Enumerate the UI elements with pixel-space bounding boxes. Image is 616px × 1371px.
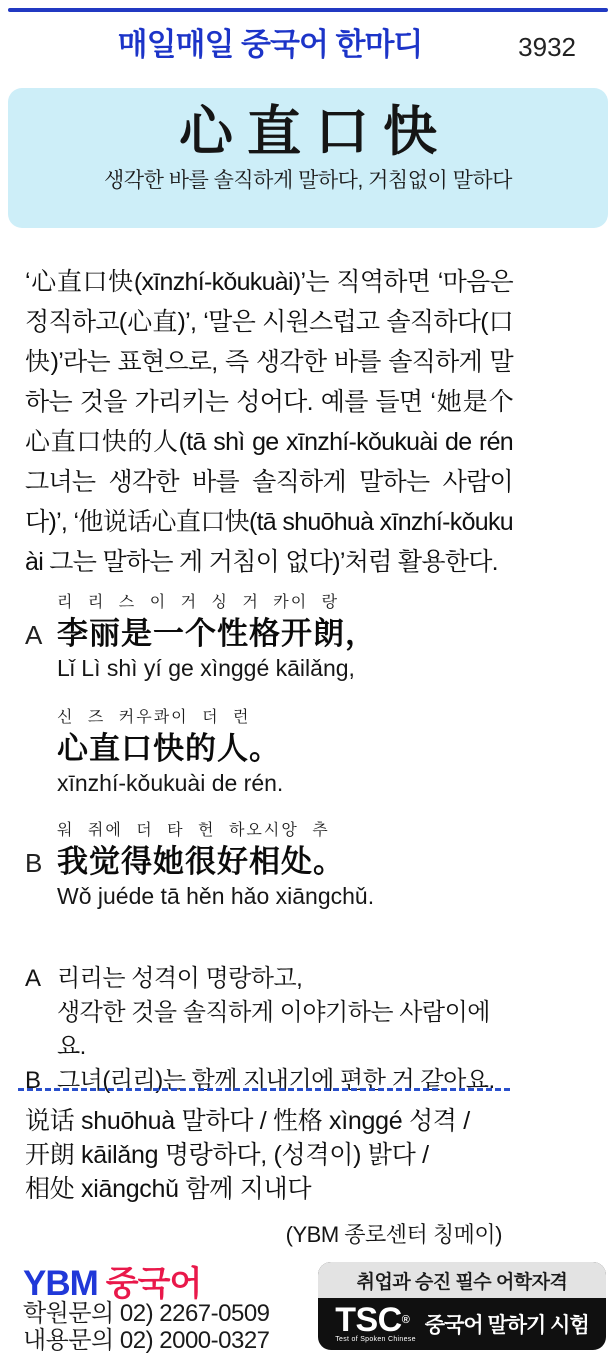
tsc-badge-slogan: 취업과 승진 필수 어학자격 [318,1262,606,1298]
ybm-logo: YBM중국어 [23,1256,201,1305]
chinese-idiom-bold: 心直口快 [57,731,185,766]
chinese-sentence: 心直口快的人。 [57,730,281,768]
vocabulary-list: 说话 shuōhuà 말하다 / 性格 xìnggé 성격 / 开朗 kāilǎ… [25,1104,515,1206]
phone-academy: 학원문의 02) 2267-0509 [23,1300,270,1327]
issue-number: 3932 [518,32,576,63]
explanation-paragraph: ‘心直口快(xīnzhí-kǒukuài)’는 직역하면 ‘마음은 정직하고(心… [25,262,513,582]
speaker-label-b: B [25,843,57,879]
chinese-sentence: 我觉得她很好相处。 [57,843,345,881]
pinyin-line: xīnzhí-kǒukuài de rén. [57,769,515,797]
dashed-divider-line [18,1088,510,1091]
author-credit: (YBM 종로센터 칭메이) [25,1218,502,1249]
pronunciation-guide: 신 즈 커우콰이 더 런 [57,708,515,728]
pronunciation-guide: 리 리 스 이 거 싱 거 카이 랑 [57,593,515,613]
tsc-logo-text: TSC® [335,1304,416,1336]
chinese-rest: 的人。 [185,731,281,766]
vocabulary-line: 开朗 kāilǎng 명랑하다, (성격이) 밝다 / [25,1138,515,1172]
translation-label-a: A [25,962,57,996]
contact-info: 학원문의 02) 2267-0509 내용문의 02) 2000-0327 [23,1300,270,1354]
pronunciation-guide: 워 쥐에 더 타 헌 하오시앙 추 [57,821,515,841]
tsc-badge-caption: 중국어 말하기 시험 [425,1309,589,1339]
translation-label-b: B [25,1064,57,1098]
registered-mark-icon: ® [402,1314,410,1326]
idiom-box: 心直口快 생각한 바를 솔직하게 말하다, 거침없이 말하다 [8,88,608,228]
ybm-logo-chinese: 중국어 [106,1265,202,1303]
pinyin-line: Wǒ juéde tā hěn hǎo xiāngchǔ. [57,882,515,910]
dialogue-line-a1: 리 리 스 이 거 싱 거 카이 랑 A 李丽是一个性格开朗， Lǐ Lì sh… [25,593,515,682]
tsc-logo-subtitle: Test of Spoken Chinese [335,1336,416,1344]
lesson-card: 매일매일 중국어 한마디 3932 心直口快 생각한 바를 솔직하게 말하다, … [0,0,616,1371]
vocabulary-line: 相处 xiāngchǔ 함께 지내다 [25,1172,515,1206]
dialogue-line-b: 워 쥐에 더 타 헌 하오시앙 추 B 我觉得她很好相处。 Wǒ juéde t… [25,821,515,910]
pinyin-line: Lǐ Lì shì yí ge xìnggé kāilǎng, [57,654,515,682]
korean-translation: A 리리는 성격이 명랑하고, 생각한 것을 솔직하게 이야기하는 사람이에요.… [25,962,515,1098]
translation-a-line1: 리리는 성격이 명랑하고, [57,962,302,996]
speaker-label-empty [25,730,57,735]
header: 매일매일 중국어 한마디 3932 [0,26,616,66]
ybm-logo-text: YBM [23,1264,98,1303]
tsc-badge-body: TSC® Test of Spoken Chinese 중국어 말하기 시험 [318,1298,606,1350]
vocabulary-line: 说话 shuōhuà 말하다 / 性格 xìnggé 성격 / [25,1104,515,1138]
tsc-logo: TSC® Test of Spoken Chinese [335,1304,416,1344]
translation-a-line2: 생각한 것을 솔직하게 이야기하는 사람이에요. [57,996,515,1064]
phone-content: 내용문의 02) 2000-0327 [23,1327,270,1354]
idiom-chinese: 心直口快 [8,100,608,162]
translation-b-line: 그녀(리리)는 함께 지내기에 편한 거 같아요. [57,1064,495,1098]
dialogue-line-a2: 신 즈 커우콰이 더 런 心直口快的人。 xīnzhí-kǒukuài de r… [25,708,515,797]
speaker-label-a: A [25,615,57,651]
page-title: 매일매일 중국어 한마디 [0,26,540,64]
tsc-badge: 취업과 승진 필수 어학자격 TSC® Test of Spoken Chine… [318,1262,606,1350]
chinese-sentence: 李丽是一个性格开朗， [57,615,377,653]
idiom-meaning: 생각한 바를 솔직하게 말하다, 거침없이 말하다 [8,168,608,194]
top-divider-line [8,8,608,12]
